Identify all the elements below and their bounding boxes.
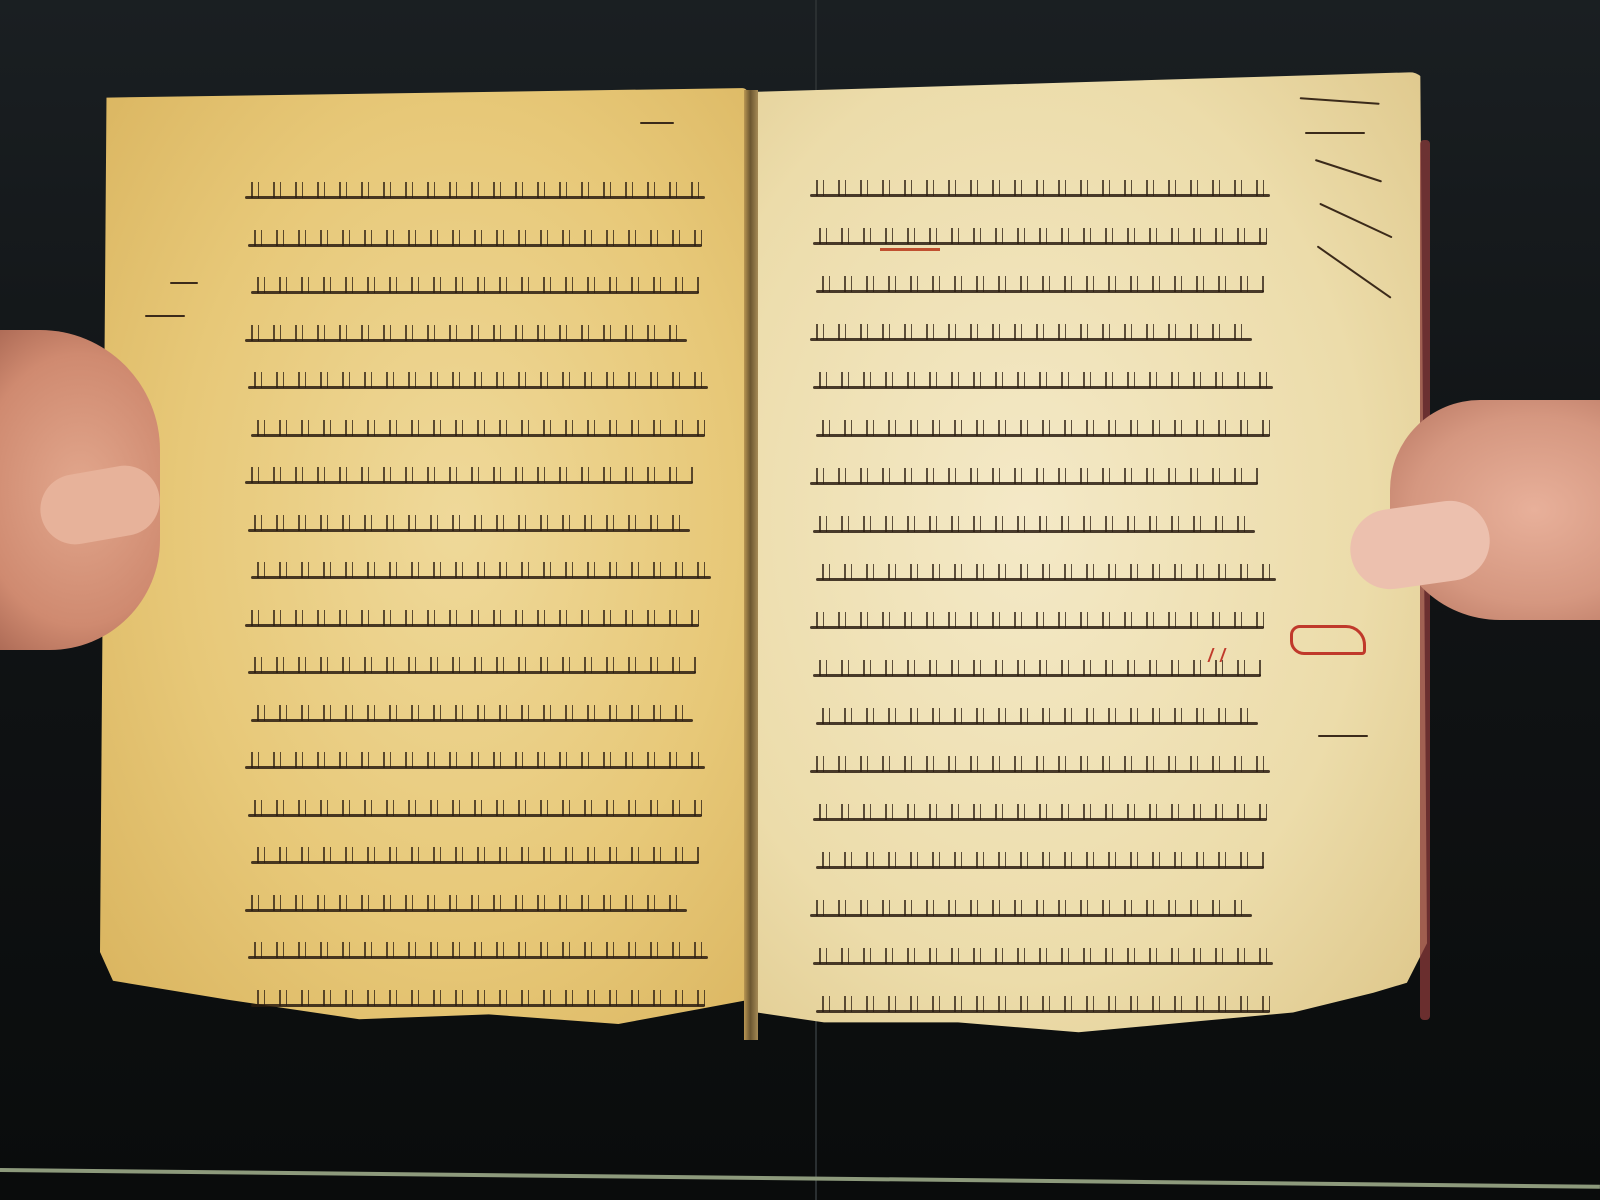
manuscript-line: [251, 990, 705, 1012]
manuscript-line: [251, 705, 693, 727]
manuscript-line: [810, 468, 1258, 490]
right-margin-note: [1305, 122, 1365, 134]
manuscript-line: [248, 372, 708, 394]
manuscript-line: [813, 516, 1255, 538]
manuscript-line: [816, 276, 1264, 298]
manuscript-line: [251, 847, 699, 869]
manuscript-line: [248, 230, 702, 252]
book-gutter: [744, 90, 758, 1040]
manuscript-line: [245, 182, 705, 204]
red-rubric-marginal: [1290, 625, 1366, 655]
manuscript-line: [810, 756, 1270, 778]
left-header-note: [640, 112, 674, 124]
manuscript-line: [810, 324, 1252, 346]
right-margin-note: [1318, 725, 1368, 737]
manuscript-line: [813, 804, 1267, 826]
manuscript-line: [245, 325, 687, 347]
manuscript-line: [813, 372, 1273, 394]
manuscript-line: [251, 562, 711, 584]
manuscript-line: [248, 800, 702, 822]
manuscript-line: [810, 612, 1264, 634]
manuscript-line: [251, 277, 699, 299]
red-rubric-inline: [880, 230, 940, 251]
manuscript-line: [813, 948, 1273, 970]
manuscript-line: [248, 657, 696, 679]
manuscript-line: [816, 420, 1270, 442]
manuscript-line: [816, 996, 1270, 1018]
manuscript-line: [251, 420, 705, 442]
manuscript-line: [813, 660, 1261, 682]
manuscript-line: [245, 467, 693, 489]
manuscript-line: [810, 900, 1252, 922]
left-margin-note: [145, 305, 185, 317]
manuscript-line: [248, 515, 690, 537]
manuscript-line: [245, 752, 705, 774]
left-margin-note: [170, 272, 198, 284]
manuscript-line: [248, 942, 708, 964]
manuscript-line: [816, 852, 1264, 874]
manuscript-line: [816, 708, 1258, 730]
manuscript-line: [245, 895, 687, 917]
manuscript-line: [816, 564, 1276, 586]
manuscript-line: [245, 610, 699, 632]
manuscript-line: [810, 180, 1270, 202]
